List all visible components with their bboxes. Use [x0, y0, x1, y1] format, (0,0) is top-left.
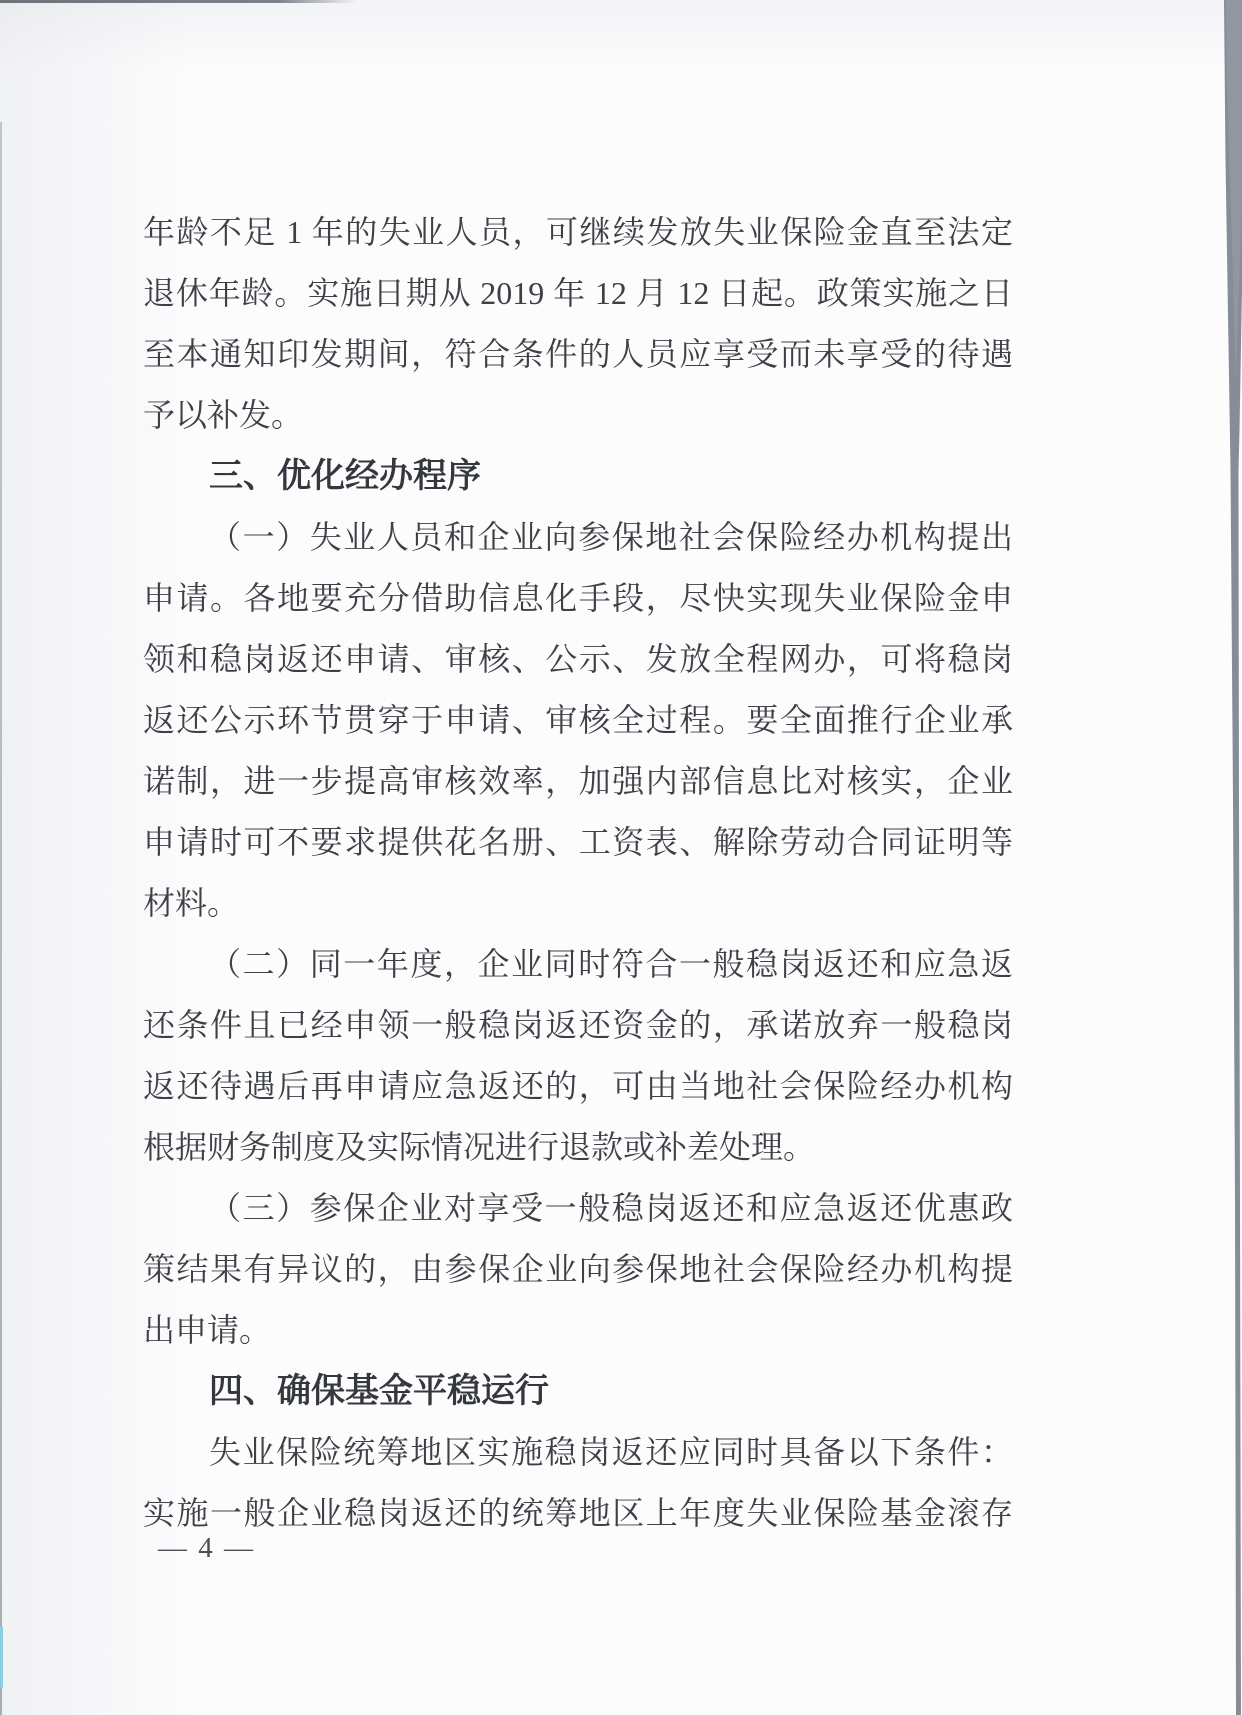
- text-line: 返还待遇后再申请应急返还的，可由当地社会保险经办机构: [143, 1056, 1013, 1117]
- scan-edge-top: [0, 0, 356, 3]
- document-text-block: 年龄不足 1 年的失业人员，可继续发放失业保险金直至法定 退休年龄。实施日期从 …: [143, 202, 1013, 1544]
- section-heading-3: 三、优化经办程序: [143, 446, 1013, 507]
- text-line: 策结果有异议的，由参保企业向参保地社会保险经办机构提: [143, 1239, 1013, 1300]
- text-line: 退休年龄。实施日期从 2019 年 12 月 12 日起。政策实施之日: [143, 263, 1013, 324]
- text-line: 至本通知印发期间，符合条件的人员应享受而未享受的待遇: [143, 324, 1013, 385]
- text-line: 申请时可不要求提供花名册、工资表、解除劳动合同证明等: [143, 812, 1013, 873]
- text-line: 年龄不足 1 年的失业人员，可继续发放失业保险金直至法定: [143, 202, 1013, 263]
- text-line: 实施一般企业稳岗返还的统筹地区上年度失业保险基金滚存: [143, 1483, 1013, 1544]
- text-line: 出申请。: [143, 1300, 1013, 1361]
- scan-mark-cyan: [0, 1626, 3, 1688]
- section-heading-4: 四、确保基金平稳运行: [143, 1361, 1013, 1422]
- text-line: 诺制，进一步提高审核效率，加强内部信息比对核实，企业: [143, 751, 1013, 812]
- text-line: 予以补发。: [143, 385, 1013, 446]
- scan-edge-right: [1212, 0, 1242, 1715]
- text-line: 还条件且已经申领一般稳岗返还资金的，承诺放弃一般稳岗: [143, 995, 1013, 1056]
- page-number: — 4 —: [158, 1530, 255, 1566]
- document-page: 年龄不足 1 年的失业人员，可继续发放失业保险金直至法定 退休年龄。实施日期从 …: [0, 0, 1242, 1715]
- text-line: 材料。: [143, 873, 1013, 934]
- text-line: 返还公示环节贯穿于申请、审核全过程。要全面推行企业承: [143, 690, 1013, 751]
- text-line: 领和稳岗返还申请、审核、公示、发放全程网办，可将稳岗: [143, 629, 1013, 690]
- text-line: （二）同一年度，企业同时符合一般稳岗返还和应急返: [143, 934, 1013, 995]
- text-line: （一）失业人员和企业向参保地社会保险经办机构提出: [143, 507, 1013, 568]
- text-line: 申请。各地要充分借助信息化手段，尽快实现失业保险金申: [143, 568, 1013, 629]
- scan-edge-left: [0, 122, 2, 1715]
- text-line: （三）参保企业对享受一般稳岗返还和应急返还优惠政: [143, 1178, 1013, 1239]
- text-line: 根据财务制度及实际情况进行退款或补差处理。: [143, 1117, 1013, 1178]
- text-line: 失业保险统筹地区实施稳岗返还应同时具备以下条件：: [143, 1422, 1013, 1483]
